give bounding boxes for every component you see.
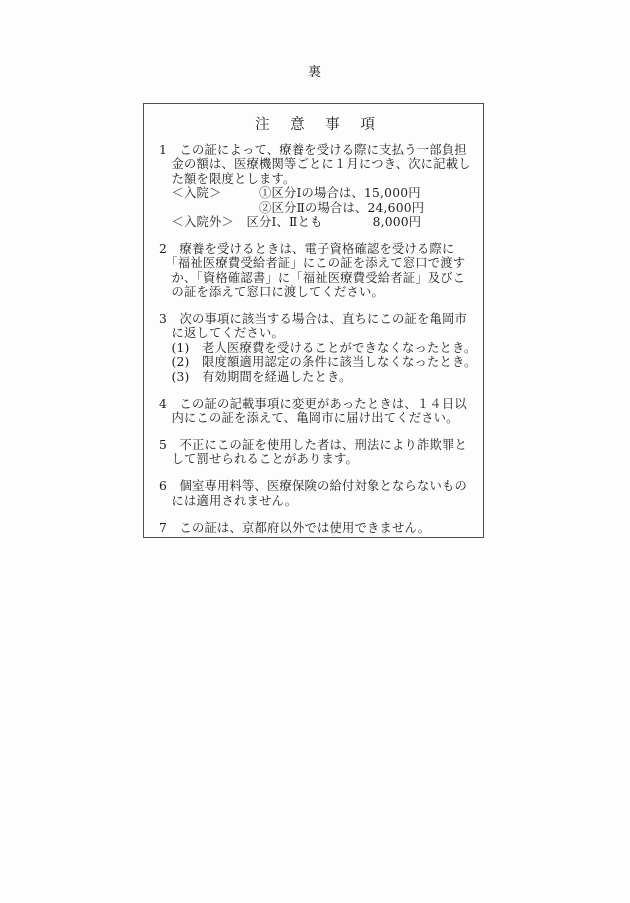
notice-line: 金の額は、医療機関等ごとに１月につき、次に記載し <box>159 157 471 171</box>
notice-item-1: 1 この証によって、療養を受ける際に支払う一部負担 金の額は、医療機関等ごとに１… <box>159 143 471 229</box>
notice-title: 注 意 事 項 <box>159 113 471 134</box>
notice-line: ＜入院＞ ①区分Ⅰの場合は、15,000円 <box>159 186 471 200</box>
notice-line: に返してください。 <box>159 326 471 340</box>
notice-line: 内にこの証を添えて、亀岡市に届け出てください。 <box>159 411 471 425</box>
notice-line: か、「資格確認書」に「福祉医療費受給者証」及びこ <box>159 271 471 285</box>
page-side-label: 裏 <box>0 61 630 80</box>
document-page-back: 裏 注 意 事 項 1 この証によって、療養を受ける際に支払う一部負担 金の額は… <box>0 0 630 903</box>
notice-item-7: 7 この証は、京都府以外では使用できません。 <box>159 521 471 535</box>
notice-line: 4 この証の記載事項に変更があったときは、１４日以 <box>159 397 471 411</box>
notice-line: (2) 限度額適用認定の条件に該当しなくなったとき。 <box>159 355 471 369</box>
notice-line: して罰せられることがあります。 <box>159 452 471 466</box>
notice-line: 1 この証によって、療養を受ける際に支払う一部負担 <box>159 143 471 157</box>
notice-item-3: 3 次の事項に該当する場合は、直ちにこの証を亀岡市 に返してください。 (1) … <box>159 312 471 384</box>
notice-line: 2 療養を受けるときは、電子資格確認を受ける際に <box>159 242 471 256</box>
notice-line: (1) 老人医療費を受けることができなくなったとき。 <box>159 341 471 355</box>
notice-item-6: 6 個室専用料等、医療保険の給付対象とならないもの には適用されません。 <box>159 479 471 508</box>
notice-line: 6 個室専用料等、医療保険の給付対象とならないもの <box>159 479 471 493</box>
notice-line: ＜入院外＞ 区分Ⅰ、Ⅱとも 8,000円 <box>159 215 471 229</box>
notice-line: 3 次の事項に該当する場合は、直ちにこの証を亀岡市 <box>159 312 471 326</box>
notice-line: ②区分Ⅱの場合は、24,600円 <box>159 201 471 215</box>
notice-line: た額を限度とします。 <box>159 172 471 186</box>
notice-line: (3) 有効期間を経過したとき。 <box>159 370 471 384</box>
notice-item-4: 4 この証の記載事項に変更があったときは、１４日以 内にこの証を添えて、亀岡市に… <box>159 397 471 426</box>
notice-item-5: 5 不正にこの証を使用した者は、刑法により詐欺罪と して罰せられることがあります… <box>159 438 471 467</box>
notice-box: 注 意 事 項 1 この証によって、療養を受ける際に支払う一部負担 金の額は、医… <box>143 103 484 538</box>
notice-item-2: 2 療養を受けるときは、電子資格確認を受ける際に 「福祉医療費受給者証」にこの証… <box>159 242 471 300</box>
notice-line: 7 この証は、京都府以外では使用できません。 <box>159 521 471 535</box>
notice-line: には適用されません。 <box>159 494 471 508</box>
notice-line: 「福祉医療費受給者証」にこの証を添えて窓口で渡す <box>159 256 471 270</box>
notice-items: 1 この証によって、療養を受ける際に支払う一部負担 金の額は、医療機関等ごとに１… <box>159 143 471 535</box>
notice-line: 5 不正にこの証を使用した者は、刑法により詐欺罪と <box>159 438 471 452</box>
notice-line: の証を添えて窓口に渡してください。 <box>159 285 471 299</box>
